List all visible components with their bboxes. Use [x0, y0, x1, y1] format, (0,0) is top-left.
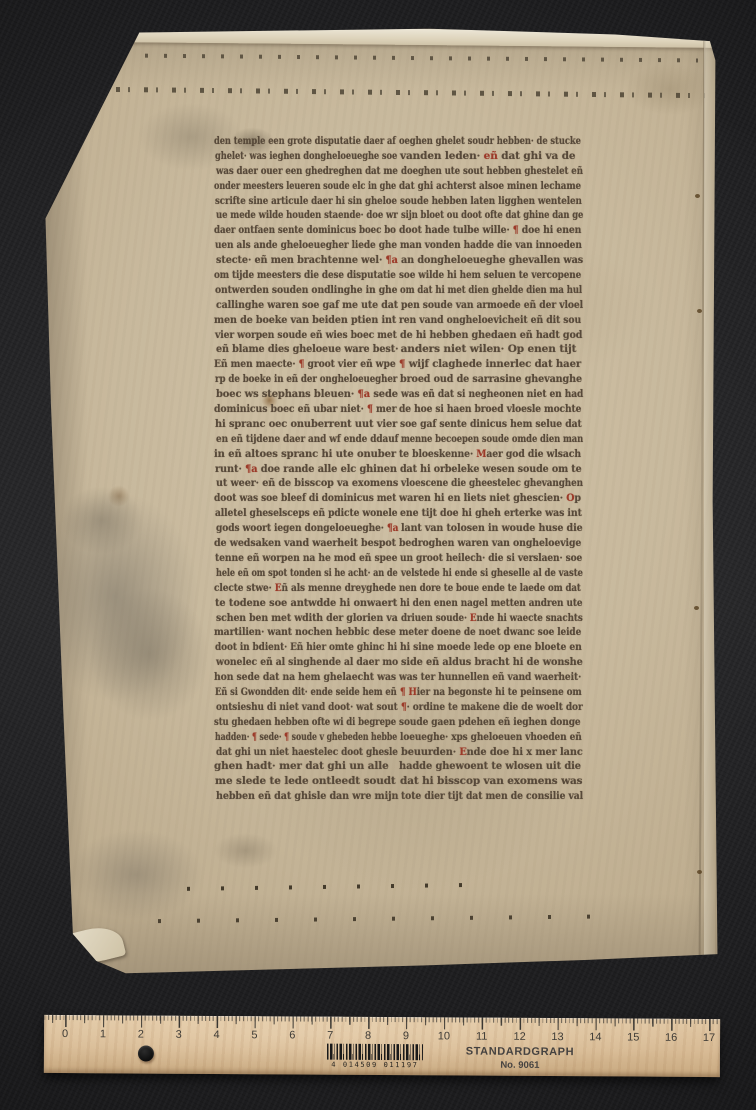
manuscript-line: soude gaen pdehen eñ ieghen donge: [399, 715, 557, 730]
manuscript-line: eñ blame dies gheloeue ware best·: [216, 342, 383, 357]
rubric-mark: ¶: [399, 358, 405, 370]
manuscript-line: was daer ouer een ghedreghen dat me: [216, 164, 366, 179]
manuscript-line: stecte· eñ men brachtenne wel· ¶a: [216, 253, 384, 268]
manuscript-line: runt· ¶a doe rande alle elc ghinen: [215, 462, 385, 477]
manuscript-line: onder meesters leueren soude elc in ghe: [214, 179, 356, 194]
manuscript-line: hadden· ¶ sede· ¶ soude v ghebeden hebbe: [215, 730, 351, 745]
manuscript-line: daer ontfaen sente dominicus boec bo: [214, 223, 366, 238]
barcode-bars: [327, 1044, 423, 1061]
ruler-number: 3: [176, 1029, 182, 1041]
manuscript-line: driuen soude· Ende hi waecte snachts: [401, 611, 553, 626]
ruler-number: 8: [365, 1030, 371, 1042]
manuscript-line: de hoe si haen broed vloesle mochte: [399, 402, 559, 417]
ruler-number: 13: [551, 1031, 563, 1043]
ruler-number: 2: [138, 1029, 144, 1041]
ruler-number: 4: [213, 1029, 219, 1041]
ruler-number: 9: [403, 1030, 409, 1042]
ruler-number: 5: [251, 1029, 257, 1041]
manuscript-line: tote dier tijt dat men de consilie val: [401, 789, 561, 804]
ruler-number: 16: [665, 1032, 677, 1044]
prick-mark: [694, 606, 699, 610]
manuscript-line: ontsieshu di niet vand doot· wat sout: [216, 700, 371, 715]
manuscript-line: doot in bdient· Eñ hier omte ghinc hi: [215, 640, 370, 655]
ruler: 01234567891011121314151617 4 014509 0111…: [44, 1015, 720, 1077]
manuscript-line: ¶ Hier na begonste hi te peinsene om: [400, 685, 554, 700]
manuscript-line: lant van tolosen in woude huse die: [401, 521, 566, 536]
manuscript-line: pen soude van armoede eñ der vloel: [401, 298, 561, 313]
manuscript-line: un groot heilech· die si verslaen· soe: [400, 551, 557, 566]
prick-mark: [695, 194, 700, 198]
manuscript-line: man vonden hadde die van innoeden: [400, 238, 557, 253]
manuscript-line: te bloeskenne· Maer god die wlsach: [399, 447, 561, 462]
rubric-mark: ¶a: [357, 388, 369, 400]
manuscript-line: ¶ wijf claghede innerlec dat haer: [399, 357, 575, 372]
rubric-mark: O: [566, 492, 574, 504]
ruler-barcode: 4 014509 011197: [327, 1044, 423, 1069]
manuscript-line: de wedsaken vand waerheit bespot: [214, 536, 381, 551]
manuscript-line: en eñ tijdene daer and wf ende ddauf: [216, 432, 370, 447]
rubric-mark: ¶a: [245, 463, 257, 475]
manuscript-line: hi den enen nagel metten andren ute: [400, 596, 555, 611]
text-column-right: oeghen ghelet soudr hebben· de stuckevan…: [399, 134, 583, 804]
ruler-number: 7: [327, 1030, 333, 1042]
ruler-number: 12: [513, 1031, 525, 1043]
manuscript-line: hadde ghewoent te wlosen uit die: [399, 759, 572, 774]
rubric-mark: ¶: [367, 403, 373, 415]
manuscript-line: scrifte sine articule daer hi sin gheloe: [215, 194, 366, 209]
manuscript-line: om tijde meesters die dese disputatie: [214, 268, 368, 283]
manuscript-line: broed oud de sarrasine ghevanghe: [400, 372, 567, 387]
manuscript-line: uen als ande gheloeuegher liede ghe: [215, 238, 371, 253]
manuscript-line: oeghen ghelet soudr hebben· de stucke: [399, 134, 546, 149]
manuscript-line: ghelet· was ieghen dongheloeueghe soe: [215, 149, 360, 164]
manuscript-line: hebben eñ dat ghisle dan wre mijn: [216, 789, 382, 804]
rubric-mark: ¶: [299, 358, 305, 370]
manuscript-line: den temple een grote disputatie daer af: [214, 134, 360, 149]
ruler-number: 11: [476, 1031, 487, 1043]
manuscript-line: alletel gheselsceps eñ pdicte wonele: [215, 506, 374, 521]
manuscript-line: ene tijt doe hi gheh erterke was int: [400, 506, 563, 521]
manuscript-line: anders niet wilen· Op enen tijt: [401, 342, 583, 357]
manuscript-line: waren hi en liets niet ghescien· Op: [399, 491, 566, 506]
rubric-mark: eñ: [483, 150, 497, 162]
rubric-mark: ¶: [252, 731, 257, 743]
stitch-holes-top-inner: [102, 87, 705, 98]
manuscript-line: loeueghe· xps gheloeuen vhoeden eñ: [400, 730, 556, 745]
manuscript-line: te todene soe antwdde hi onwaert: [215, 596, 386, 611]
manuscript-line: sijn bloet ou doot ofte dat ghine dan ge: [401, 208, 547, 223]
manuscript-line: in eñ altoes spranc hi ute onuber: [214, 447, 388, 462]
rubric-mark: ¶: [284, 731, 289, 743]
manuscript-line: hele eñ om spot tonden si he acht· an de: [216, 566, 357, 581]
manuscript-line: soe wilde hi hem seluen te vercopene: [399, 268, 554, 283]
ruler-hanging-hole: [138, 1046, 154, 1062]
manuscript-line: dat hi bisscop van exomens was: [400, 774, 582, 789]
rubric-mark: ¶: [513, 224, 519, 236]
ruler-number: 14: [589, 1031, 601, 1043]
manuscript-line: de hi hebben ghedaen eñ hadt god: [400, 328, 567, 343]
manuscript-line: vier worpen soude eñ wies boec met: [215, 328, 375, 343]
manuscript-line: ghen hadt· mer dat ghi un alle: [214, 759, 396, 774]
manuscript-line: dominicus boec eñ ubar niet· ¶ mer: [214, 402, 377, 417]
rubric-mark: ¶ H: [400, 686, 417, 698]
manuscript-line: menne becoepen soude omde dien man: [401, 432, 547, 447]
manuscript-line: doeghen ute sout hebben ghestelet eñ: [401, 164, 551, 179]
text-column-left: den temple een grote disputatie daer afg…: [214, 134, 398, 804]
barcode-digits: 4 014509 011197: [327, 1061, 423, 1070]
rubric-mark: E: [470, 612, 477, 624]
ruler-number: 17: [703, 1032, 715, 1044]
manuscript-line: vanden leden· eñ dat ghi va de: [400, 149, 582, 164]
manuscript-line: stu ghedaen hebben ofte wi di begrepe: [214, 715, 363, 730]
ruler-number: 10: [438, 1030, 450, 1042]
manuscript-line: Eñ men maecte· ¶ groot vier eñ wpe: [214, 357, 375, 372]
manuscript-line: an dongheloeueghe ghevallen was: [401, 253, 569, 268]
manuscript-line: vloescene die gheestelec ghevanghen: [401, 476, 554, 491]
ruler-number: 6: [289, 1029, 295, 1041]
manuscript-line: dat ghi achterst alsoe minen lechame: [399, 179, 553, 194]
ruler-brand-block: STANDARDGRAPH No. 9061: [440, 1045, 600, 1071]
ruler-model: No. 9061: [440, 1059, 600, 1071]
photograph-of-manuscript: { "scene": { "background_color": "#21212…: [0, 0, 756, 1110]
ruler-number: 15: [627, 1031, 639, 1043]
manuscript-line: rp de boeke in eñ der ongheloeuegher: [215, 372, 366, 387]
manuscript-line: beuurden· Ende doe hi x mer lanc: [401, 745, 570, 760]
manuscript-line: gods woort iegen dongeloeueghe· ¶a: [216, 521, 373, 536]
manuscript-line: dat ghi un niet haestelec doot ghesle: [216, 745, 370, 760]
manuscript-line: ren vand ongheloevicheit eñ dit sou: [399, 313, 561, 328]
manuscript-line: dat hi orbeleke wesen soude om te: [400, 462, 566, 477]
manuscript-line: ut weer· eñ de bisscop va exomens: [216, 476, 383, 491]
ruler-brand: STANDARDGRAPH: [440, 1045, 600, 1058]
manuscript-page: den temple een grote disputatie daer afg…: [40, 22, 725, 980]
manuscript-line: meter doene de noet dwanc soe leide: [399, 625, 555, 640]
manuscript-line: tenne eñ worpen na he mod eñ spee: [215, 551, 375, 566]
manuscript-line: was ter hunnellen eñ vand waerheit·: [399, 670, 559, 685]
rubric-mark: E: [275, 582, 282, 594]
ruler-number: 1: [100, 1028, 106, 1040]
manuscript-line: boec ws stephans bleuen· ¶a sede: [216, 387, 387, 402]
prick-mark: [697, 870, 702, 874]
manuscript-line: soe gaf sente dinicus hem selue dat: [400, 417, 561, 432]
rubric-mark: E: [459, 746, 466, 758]
manuscript-line: schen ben met wdith der glorien va: [216, 611, 378, 626]
manuscript-line: soude hebben laten ligghen wentelen: [400, 194, 554, 209]
manuscript-line: was eñ dat si negheonen niet en had: [401, 387, 558, 402]
manuscript-line: om dat hi met dien ghelde dien ma hul: [400, 283, 548, 298]
rubric-mark: ¶a: [385, 254, 397, 266]
manuscript-line: wonelec eñ al singhende al daer mo: [216, 655, 376, 670]
manuscript-line: hi spranc oec onuberrent uut vier: [215, 417, 386, 432]
manuscript-line: men de boeke van beiden ptien int: [214, 313, 381, 328]
manuscript-line: doot hade tulbe wille· ¶ doe hi enen: [399, 223, 561, 238]
manuscript-line: callinghe waren soe gaf me ute dat: [216, 298, 380, 313]
manuscript-line: nen dore te boue ende te laede om dat: [399, 581, 549, 596]
manuscript-line: doot was soe bleef di dominicus met: [214, 491, 374, 506]
worm-holes-row-lower: [122, 914, 602, 923]
rubric-mark: ¶: [401, 701, 407, 713]
manuscript-line: clecte stwe· Eñ als menne dreyghede: [214, 581, 371, 596]
manuscript-line: me slede te lede ontleedt soudt: [215, 774, 397, 789]
rubric-mark: ¶a: [387, 522, 398, 534]
stitch-holes-top-outer: [129, 54, 698, 63]
manuscript-line: side eñ aldus bracht hi de wonshe: [401, 655, 570, 670]
manuscript-line: ue mede wilde houden staende· doe wr: [216, 208, 364, 223]
manuscript-line: velstede hi ende si gheselle al de vaste: [401, 566, 549, 581]
manuscript-line: Eñ si Gwondden dit· ende seide hem eñ: [215, 685, 361, 700]
worm-holes-row-upper: [156, 883, 485, 892]
rubric-mark: M: [476, 448, 486, 460]
manuscript-line: ontwerden souden ondlinghe in ghe: [215, 283, 375, 298]
manuscript-line: martilien· want nochen hebbic dese: [214, 625, 376, 640]
manuscript-line: bedroghen waren van ongheloevige: [399, 536, 562, 551]
manuscript-line: hi sine moede lede op ene bloete en: [400, 640, 560, 655]
ruler-number: 0: [62, 1028, 68, 1040]
manuscript-line: hon sede dat na hem ghelaecht was: [214, 670, 376, 685]
manuscript-line: ¶· ordine te makene die de woelt dor: [401, 700, 558, 715]
